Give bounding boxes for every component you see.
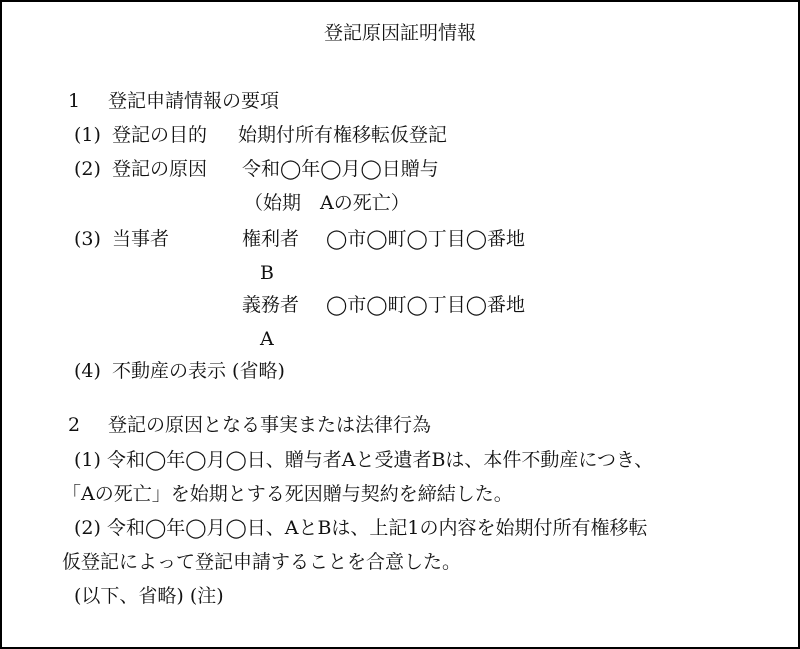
item2-value: 令和◯年◯月◯日贈与 [242, 160, 439, 179]
item1-value: 始期付所有権移転仮登記 [238, 126, 447, 145]
item2-label: 登記の原因 [112, 160, 207, 179]
party-address-obligor: ◯市◯町◯丁目◯番地 [326, 296, 525, 315]
item3-number: (3) [74, 230, 101, 249]
section2-line-5: (以下、省略) (注) [74, 587, 224, 606]
party-role-obligee: 権利者 [242, 230, 299, 249]
section1-heading: 登記申請情報の要項 [108, 92, 279, 111]
item1-label: 登記の目的 [112, 126, 207, 145]
item2-sub: （始期 Aの死亡） [244, 194, 410, 213]
section2-line-1: (1) 令和◯年◯月◯日、贈与者Aと受遺者Bは、本件不動産につき、 [74, 451, 653, 470]
party-name-obligee: B [260, 264, 274, 283]
item1-number: (1) [74, 126, 101, 145]
section2-line-2: 「Aの死亡」を始期とする死因贈与契約を締結した。 [62, 485, 513, 504]
item4-label: 不動産の表示 (省略) [112, 362, 285, 381]
document-body: 登記原因証明情報 1 登記申請情報の要項 (1) 登記の目的 始期付所有権移転仮… [2, 2, 798, 647]
document-title: 登記原因証明情報 [2, 24, 798, 43]
section1-number: 1 [68, 92, 80, 111]
document-frame: 登記原因証明情報 1 登記申請情報の要項 (1) 登記の目的 始期付所有権移転仮… [0, 0, 800, 649]
item4-number: (4) [74, 362, 101, 381]
item3-label: 当事者 [112, 230, 169, 249]
party-address-obligee: ◯市◯町◯丁目◯番地 [326, 230, 525, 249]
section2-number: 2 [68, 416, 80, 435]
item2-number: (2) [74, 160, 101, 179]
section2-line-3: (2) 令和◯年◯月◯日、AとBは、上記1の内容を始期付所有権移転 [74, 519, 648, 538]
party-role-obligor: 義務者 [242, 296, 299, 315]
party-name-obligor: A [260, 330, 274, 349]
section2-line-4: 仮登記によって登記申請することを合意した。 [62, 553, 461, 572]
section2-heading: 登記の原因となる事実または法律行為 [108, 416, 431, 435]
